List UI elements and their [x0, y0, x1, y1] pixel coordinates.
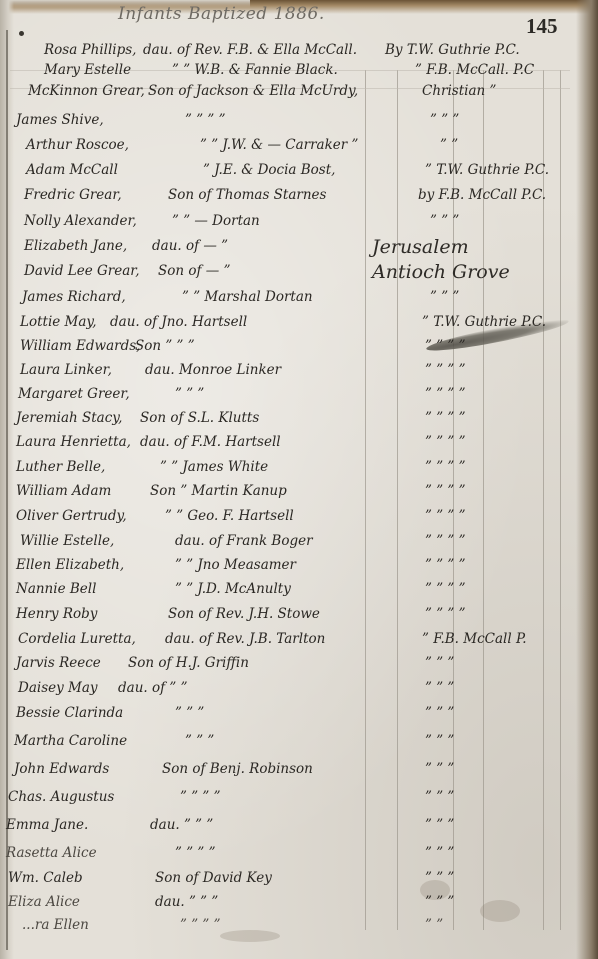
officiant: ” T.W. Guthrie P.C.	[425, 162, 549, 178]
child-name: Margaret Greer,	[18, 386, 130, 402]
officiant: By T.W. Guthrie P.C.	[385, 42, 520, 58]
parent-relation: dau. of Rev. F.B. & Ella McCall.	[143, 42, 357, 58]
parent-relation: dau. of Jno. Hartsell	[110, 314, 247, 330]
parent-relation: dau. ” ” ”	[150, 817, 213, 833]
ink-blot	[19, 31, 24, 36]
parent-relation: Son of — ”	[158, 263, 230, 279]
officiant: ” ” ”	[425, 894, 454, 910]
child-name: Luther Belle,	[16, 459, 105, 475]
child-name: ...ra Ellen	[22, 917, 89, 933]
officiant: ” ” ” ”	[425, 533, 465, 549]
child-name: Laura Linker,	[20, 362, 112, 378]
entry-row: Laura Linker, dau. Monroe Linker ” ” ” ”	[0, 362, 598, 384]
entry-row: James Richard, ” ” Marshal Dortan ” ” ”	[0, 289, 598, 311]
officiant: ” ” ”	[430, 112, 459, 128]
officiant: ” ” ” ”	[425, 508, 465, 524]
child-name: Daisey May	[18, 680, 98, 696]
officiant: ” ” ”	[425, 680, 454, 696]
child-name: Jeremiah Stacy,	[16, 410, 122, 426]
child-name: Mary Estelle	[44, 62, 131, 78]
entry-row: Rasetta Alice ” ” ” ” ” ” ”	[0, 845, 598, 867]
parent-relation: ” ” ”	[175, 705, 204, 721]
child-name: Laura Henrietta,	[16, 434, 131, 450]
parent-relation: dau. of Frank Boger	[175, 533, 313, 549]
child-name: Adam McCall	[26, 162, 118, 178]
entry-row: Fredric Grear, Son of Thomas Starnes by …	[0, 187, 598, 209]
entry-row: Martha Caroline ” ” ” ” ” ”	[0, 733, 598, 755]
child-name: Emma Jane.	[6, 817, 88, 833]
entry-row: Willie Estelle, dau. of Frank Boger ” ” …	[0, 533, 598, 555]
parent-relation: ” ” James White	[160, 459, 268, 475]
child-name: David Lee Grear,	[24, 263, 140, 279]
entry-row: Daisey May dau. of ” ” ” ” ”	[0, 680, 598, 702]
parent-relation: ” ” Marshal Dortan	[182, 289, 313, 305]
parent-relation: ” ” ”	[175, 386, 204, 402]
parent-relation: dau. of F.M. Hartsell	[140, 434, 281, 450]
entry-row: Rosa Phillips, dau. of Rev. F.B. & Ella …	[0, 42, 598, 64]
officiant: ” F.B. McCall P.	[422, 631, 527, 647]
child-name: Henry Roby	[16, 606, 97, 622]
parent-relation: Son of H.J. Griffin	[128, 655, 249, 671]
officiant: ” ”	[440, 137, 458, 153]
child-name: Ellen Elizabeth,	[16, 557, 124, 573]
parent-relation: ” ” ” ”	[185, 112, 225, 128]
entry-row: Adam McCall ” J.E. & Docia Bost, ” T.W. …	[0, 162, 598, 184]
entry-row: Emma Jane. dau. ” ” ” ” ” ”	[0, 817, 598, 839]
entry-row: Jarvis Reece Son of H.J. Griffin ” ” ”	[0, 655, 598, 677]
parent-relation: ” ” J.W. & — Carraker ”	[200, 137, 358, 153]
parent-relation: Son of Thomas Starnes	[168, 187, 326, 203]
child-name: Rosa Phillips,	[44, 42, 136, 58]
officiant: ” ” ”	[430, 213, 459, 229]
officiant: ” ” ”	[430, 289, 459, 305]
officiant: ” ” ” ”	[425, 581, 465, 597]
parent-relation: ” ” ”	[185, 733, 214, 749]
parent-relation: dau. ” ” ”	[155, 894, 218, 910]
child-name: Jarvis Reece	[16, 655, 101, 671]
officiant: ” ” ” ”	[425, 410, 465, 426]
officiant: ” ” ” ”	[425, 338, 465, 354]
entry-row: William Edwards, Son ” ” ” ” ” ” ”	[0, 338, 598, 360]
entry-row: Arthur Roscoe, ” ” J.W. & — Carraker ” ”…	[0, 137, 598, 159]
child-name: James Shive,	[16, 112, 104, 128]
officiant: ” ” ” ”	[425, 459, 465, 475]
entry-row: Elizabeth Jane, dau. of — ”	[0, 238, 598, 260]
officiant: ” T.W. Guthrie P.C.	[422, 314, 546, 330]
parent-relation: ” J.E. & Docia Bost,	[203, 162, 335, 178]
officiant: ” ” ”	[425, 733, 454, 749]
parent-relation: ” ” W.B. & Fannie Black.	[172, 62, 338, 78]
entry-row: Cordelia Luretta, dau. of Rev. J.B. Tarl…	[0, 631, 598, 653]
child-name: Willie Estelle,	[20, 533, 114, 549]
officiant: ” ” ”	[425, 789, 454, 805]
officiant: ” ” ” ”	[425, 483, 465, 499]
entry-row: Margaret Greer, ” ” ” ” ” ” ”	[0, 386, 598, 408]
annotation-antioch-grove: Antioch Grove	[372, 261, 510, 283]
child-name: Nannie Bell	[16, 581, 96, 597]
child-name: Arthur Roscoe,	[26, 137, 129, 153]
officiant: Christian ”	[422, 83, 496, 99]
register-page: Infants Baptized 1886. 145 Rosa Phillips…	[0, 0, 598, 959]
child-name: Martha Caroline	[14, 733, 127, 749]
entry-row: James Shive, ” ” ” ” ” ” ”	[0, 112, 598, 134]
entry-row: Bessie Clarinda ” ” ” ” ” ”	[0, 705, 598, 727]
child-name: Bessie Clarinda	[16, 705, 123, 721]
entry-row: Nannie Bell ” ” J.D. McAnulty ” ” ” ”	[0, 581, 598, 603]
parent-relation: Son of Jackson & Ella McUrdy,	[148, 83, 358, 99]
child-name: Lottie May,	[20, 314, 97, 330]
parent-relation: dau. of Rev. J.B. Tarlton	[165, 631, 325, 647]
officiant: ” ” ” ”	[425, 606, 465, 622]
parent-relation: Son of Benj. Robinson	[162, 761, 313, 777]
officiant: ” ” ”	[425, 761, 454, 777]
officiant: ” F.B. McCall. P.C	[415, 62, 534, 78]
parent-relation: Son of David Key	[155, 870, 272, 886]
officiant: ” ” ” ”	[425, 362, 465, 378]
officiant: ” ” ”	[425, 817, 454, 833]
parent-relation: Son ” Martin Kanup	[150, 483, 287, 499]
entry-row: Jeremiah Stacy, Son of S.L. Klutts ” ” ”…	[0, 410, 598, 432]
child-name: Elizabeth Jane,	[24, 238, 127, 254]
officiant: ” ” ” ”	[425, 386, 465, 402]
entry-row: Laura Henrietta, dau. of F.M. Hartsell ”…	[0, 434, 598, 456]
child-name: Nolly Alexander,	[24, 213, 137, 229]
entry-row: Mary Estelle ” ” W.B. & Fannie Black. ” …	[0, 62, 598, 84]
child-name: Fredric Grear,	[24, 187, 122, 203]
child-name: Eliza Alice	[8, 894, 80, 910]
officiant: ” ” ” ”	[425, 557, 465, 573]
parent-relation: ” ” — Dortan	[172, 213, 260, 229]
entry-row: Eliza Alice dau. ” ” ” ” ” ”	[0, 894, 598, 916]
parent-relation: ” ” Geo. F. Hartsell	[165, 508, 294, 524]
parent-relation: dau. Monroe Linker	[145, 362, 281, 378]
child-name: Oliver Gertrudy,	[16, 508, 127, 524]
officiant: ” ” ”	[425, 705, 454, 721]
child-name: William Adam	[16, 483, 111, 499]
officiant: ” ” ”	[425, 870, 454, 886]
parent-relation: ” ” ” ”	[180, 789, 220, 805]
entry-row: William Adam Son ” Martin Kanup ” ” ” ”	[0, 483, 598, 505]
child-name: John Edwards	[14, 761, 109, 777]
entry-row: John Edwards Son of Benj. Robinson ” ” ”	[0, 761, 598, 783]
entry-row: McKinnon Grear, Son of Jackson & Ella Mc…	[0, 83, 598, 105]
parent-relation: ” ” ” ”	[175, 845, 215, 861]
officiant: ” ” ”	[425, 655, 454, 671]
parent-relation: dau. of — ”	[152, 238, 228, 254]
child-name: James Richard,	[22, 289, 126, 305]
entry-row: Luther Belle, ” ” James White ” ” ” ”	[0, 459, 598, 481]
parent-relation: Son of Rev. J.H. Stowe	[168, 606, 320, 622]
child-name: McKinnon Grear,	[28, 83, 145, 99]
register-title: Infants Baptized 1886.	[118, 4, 325, 24]
entry-row: Oliver Gertrudy, ” ” Geo. F. Hartsell ” …	[0, 508, 598, 530]
parent-relation: ” ” Jno Measamer	[175, 557, 296, 573]
entry-row: Chas. Augustus ” ” ” ” ” ” ”	[0, 789, 598, 811]
child-name: Cordelia Luretta,	[18, 631, 136, 647]
entry-row: Lottie May, dau. of Jno. Hartsell ” T.W.…	[0, 314, 598, 336]
entry-row: Nolly Alexander, ” ” — Dortan ” ” ”	[0, 213, 598, 235]
officiant: ” ”	[425, 917, 443, 933]
officiant: ” ” ”	[425, 845, 454, 861]
entry-row: ...ra Ellen ” ” ” ” ” ”	[0, 917, 598, 939]
officiant: ” ” ” ”	[425, 434, 465, 450]
entry-row: Ellen Elizabeth, ” ” Jno Measamer ” ” ” …	[0, 557, 598, 579]
parent-relation: dau. of ” ”	[118, 680, 187, 696]
annotation-jerusalem: Jerusalem	[372, 236, 469, 258]
child-name: William Edwards,	[20, 338, 140, 354]
entry-row: Henry Roby Son of Rev. J.H. Stowe ” ” ” …	[0, 606, 598, 628]
parent-relation: ” ” J.D. McAnulty	[175, 581, 291, 597]
child-name: Rasetta Alice	[6, 845, 97, 861]
page-number: 145	[526, 14, 558, 39]
child-name: Chas. Augustus	[8, 789, 114, 805]
child-name: Wm. Caleb	[8, 870, 83, 886]
parent-relation: Son ” ” ”	[135, 338, 195, 354]
officiant: by F.B. McCall P.C.	[418, 187, 546, 203]
parent-relation: ” ” ” ”	[180, 917, 220, 933]
parent-relation: Son of S.L. Klutts	[140, 410, 259, 426]
entry-row: Wm. Caleb Son of David Key ” ” ”	[0, 870, 598, 892]
